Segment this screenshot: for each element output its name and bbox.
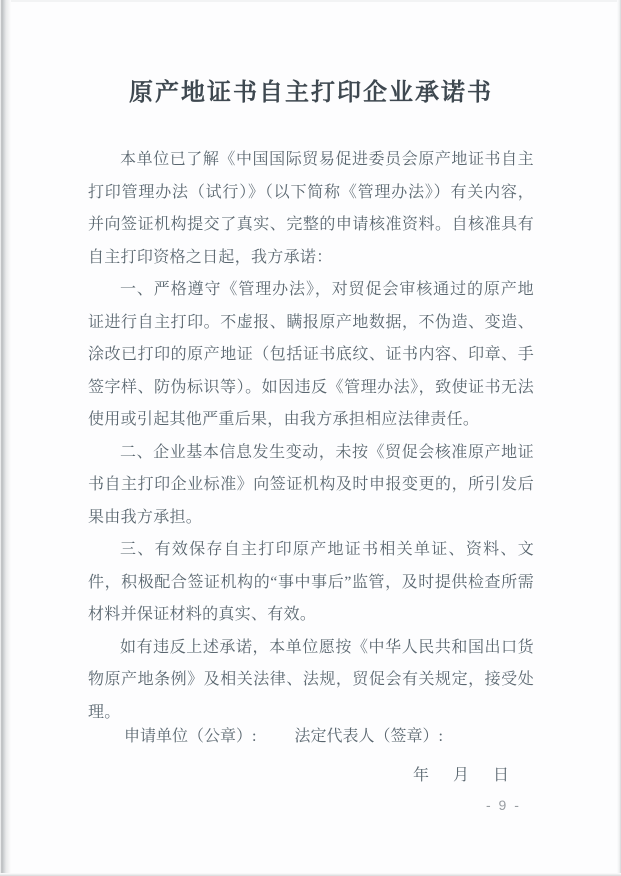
signature-row: 申请单位（公章）:法定代表人（签章）: (124, 723, 443, 746)
applicant-seal-label: 申请单位（公章）: (124, 728, 256, 745)
paragraph-intro: 本单位已了解《中国国际贸易促进委员会原产地证书自主打印管理办法（试行）》（以下简… (88, 144, 534, 274)
paragraph-clause-2: 二、企业基本信息发生变动，未按《贸促会核准原产地证书自主打印企业标准》向签证机构… (88, 437, 534, 535)
document-body: 本单位已了解《中国国际贸易促进委员会原产地证书自主打印管理办法（试行）》（以下简… (88, 144, 534, 729)
paragraph-clause-1: 一、严格遵守《管理办法》，对贸促会审核通过的原产地证进行自主打印。不虚报、瞒报原… (88, 274, 534, 437)
document-title: 原产地证书自主打印企业承诺书 (88, 76, 534, 110)
date-line: 年 月 日 (413, 762, 513, 785)
scan-edge-right (617, 0, 621, 876)
document-content: 原产地证书自主打印企业承诺书 本单位已了解《中国国际贸易促进委员会原产地证书自主… (88, 0, 534, 729)
legal-representative-label: 法定代表人（签章）: (294, 728, 442, 745)
paragraph-closing: 如有违反上述承诺，本单位愿按《中华人民共和国出口货物原产地条例》及相关法律、法规… (88, 632, 534, 730)
paragraph-clause-3: 三、有效保存自主打印原产地证书相关单证、资料、文件，积极配合签证机构的“事中事后… (88, 534, 534, 632)
scanned-document-page: 原产地证书自主打印企业承诺书 本单位已了解《中国国际贸易促进委员会原产地证书自主… (0, 0, 621, 876)
page-number: - 9 - (486, 797, 521, 813)
scan-edge-left (0, 0, 11, 876)
